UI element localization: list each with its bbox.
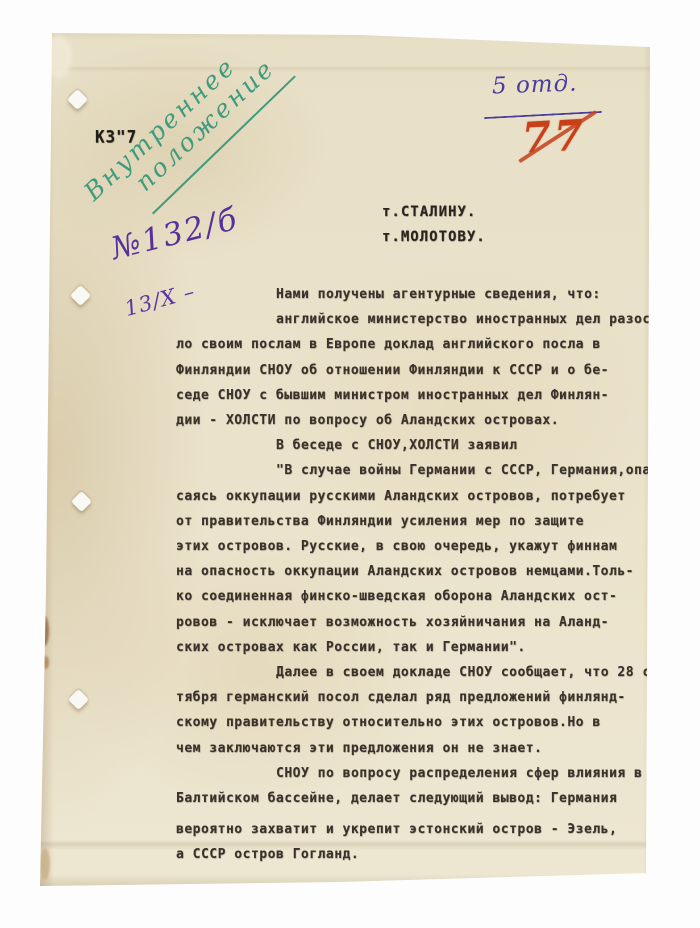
body-line: ских островах как России, так и Германии…: [176, 635, 676, 660]
document-page: КЗ"7 Внутреннее положение №132/б 13/X – …: [40, 30, 652, 886]
edge-stain: [40, 255, 48, 281]
addressee-line: т.СТАЛИНУ.: [382, 200, 486, 225]
document-body: Нами получены агентурные сведения, что:а…: [176, 282, 676, 868]
body-line: на опасность оккупации Аландских острово…: [176, 559, 676, 584]
body-line: от правительства Финляндии усиления мер …: [176, 509, 676, 534]
body-line: а СССР остров Гогланд.: [176, 842, 676, 867]
department-note: 5 отд.: [492, 71, 578, 100]
body-line: вероятно захватит и укрепит эстонский ос…: [176, 817, 676, 842]
punch-hole: [71, 491, 92, 512]
body-line: ровов - исключает возможность хозяйничан…: [176, 610, 676, 635]
body-line: дии - ХОЛСТИ по вопросу об Аландских ост…: [176, 408, 676, 433]
body-line: "В случае войны Германии с СССР, Германи…: [176, 458, 676, 483]
body-line: чем заключаются эти предложения он не зн…: [176, 736, 676, 761]
edge-stain: [43, 656, 49, 669]
edge-stain: [42, 296, 47, 307]
body-line: этих островов. Русские, в свою очередь, …: [176, 534, 676, 559]
body-line: Балтийском бассейне, делает следующий вы…: [176, 786, 676, 811]
body-line: скому правительству относительно этих ос…: [176, 710, 676, 735]
addressee-line: т.МОЛОТОВУ.: [382, 225, 486, 250]
body-line: В беседе с СНОУ,ХОЛСТИ заявил: [176, 433, 676, 458]
body-line: седе СНОУ с бывшим министром иностранных…: [176, 383, 676, 408]
body-line: Финляндии СНОУ об отношении Финляндии к …: [176, 358, 676, 383]
body-line: тября германский посол сделал ряд предло…: [176, 685, 676, 710]
addressee-block: т.СТАЛИНУ. т.МОЛОТОВУ.: [382, 200, 486, 250]
punch-hole: [68, 689, 89, 710]
green-category-line1: Внутреннее: [78, 32, 263, 208]
body-line: саясь оккупации русскими Аландских остро…: [176, 484, 676, 509]
body-line: английское министерство иностранных дел …: [176, 307, 676, 332]
corner-wear: [46, 36, 72, 78]
punch-hole: [67, 89, 88, 110]
edge-stain: [40, 848, 50, 880]
punch-hole: [70, 285, 91, 306]
edge-stain: [40, 616, 49, 646]
body-line: Нами получены агентурные сведения, что:: [176, 282, 676, 307]
body-line: ко соединенная финско-шведская оборона А…: [176, 584, 676, 609]
scan-background: { "ink_colors": { "typewriter": "#3a322a…: [0, 0, 700, 928]
body-line: СНОУ по вопросу распределения сфер влиян…: [176, 761, 676, 786]
body-line: ло своим послам в Европе доклад английск…: [176, 332, 676, 357]
body-line: Далее в своем докладе СНОУ сообщает, что…: [176, 660, 676, 685]
